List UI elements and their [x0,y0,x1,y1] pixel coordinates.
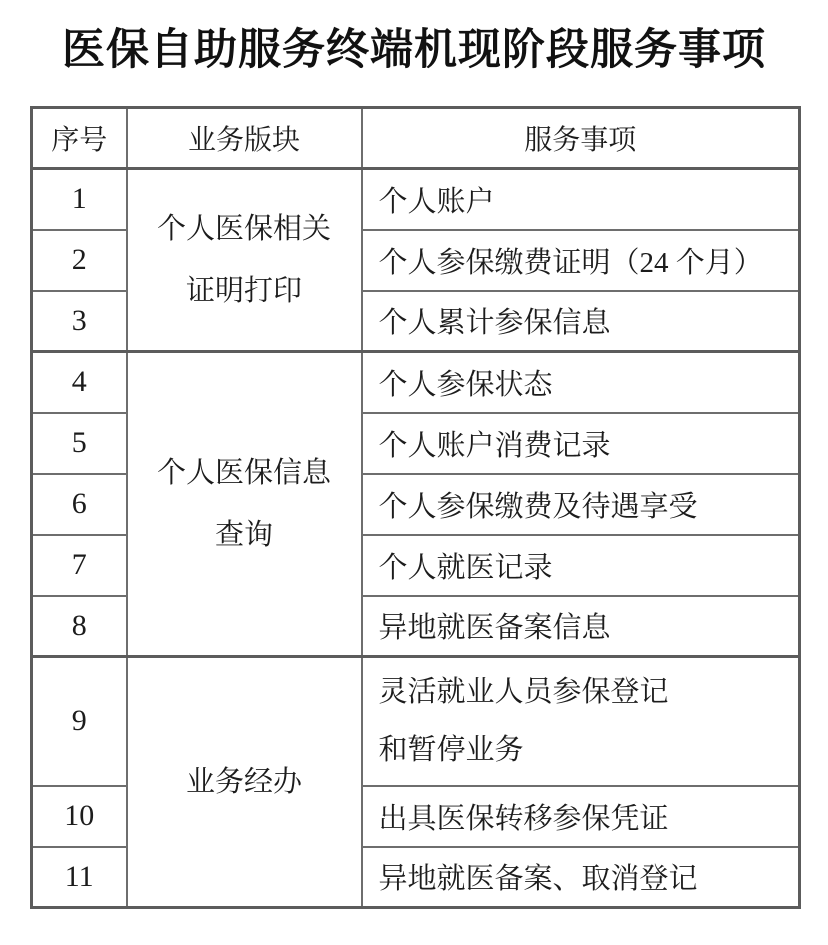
header-cell-item: 服务事项 [362,108,800,169]
row-number: 7 [32,535,127,596]
service-item: 个人账户消费记录 [362,413,800,474]
service-item: 出具医保转移参保凭证 [362,786,800,847]
service-item: 个人参保缴费及待遇享受 [362,474,800,535]
business-block: 业务经办 [127,657,362,908]
row-number: 6 [32,474,127,535]
row-number: 11 [32,847,127,908]
service-item: 个人账户 [362,169,800,230]
business-block-line: 个人医保信息 [128,442,361,504]
page: 医保自助服务终端机现阶段服务事项 序号 业务版块 服务事项 1 个人医保相关 证… [0,0,828,945]
service-item: 个人就医记录 [362,535,800,596]
table-row: 9 业务经办 灵活就业人员参保登记 和暂停业务 [32,657,800,786]
row-number: 4 [32,352,127,413]
service-item: 灵活就业人员参保登记 和暂停业务 [362,657,800,786]
service-item: 异地就医备案信息 [362,596,800,657]
business-block-line: 业务经办 [128,751,361,813]
service-item: 个人参保状态 [362,352,800,413]
row-number: 2 [32,230,127,291]
row-number: 3 [32,291,127,352]
row-number: 5 [32,413,127,474]
business-block-line: 证明打印 [128,260,361,322]
service-item-line: 灵活就业人员参保登记 [379,663,799,721]
business-block-line: 个人医保相关 [128,198,361,260]
service-item-line: 和暂停业务 [379,721,799,779]
business-block-line: 查询 [128,504,361,566]
row-number: 1 [32,169,127,230]
table-row: 1 个人医保相关 证明打印 个人账户 [32,169,800,230]
business-block: 个人医保相关 证明打印 [127,169,362,352]
services-table: 序号 业务版块 服务事项 1 个人医保相关 证明打印 个人账户 2 个人参保缴费… [30,106,801,909]
service-item: 个人累计参保信息 [362,291,800,352]
row-number: 8 [32,596,127,657]
service-item: 个人参保缴费证明（24 个月） [362,230,800,291]
business-block: 个人医保信息 查询 [127,352,362,657]
page-title: 医保自助服务终端机现阶段服务事项 [0,16,828,77]
service-item: 异地就医备案、取消登记 [362,847,800,908]
header-row: 序号 业务版块 服务事项 [32,108,800,169]
row-number: 9 [32,657,127,786]
header-cell-block: 业务版块 [127,108,362,169]
table-row: 4 个人医保信息 查询 个人参保状态 [32,352,800,413]
header-cell-number: 序号 [32,108,127,169]
row-number: 10 [32,786,127,847]
